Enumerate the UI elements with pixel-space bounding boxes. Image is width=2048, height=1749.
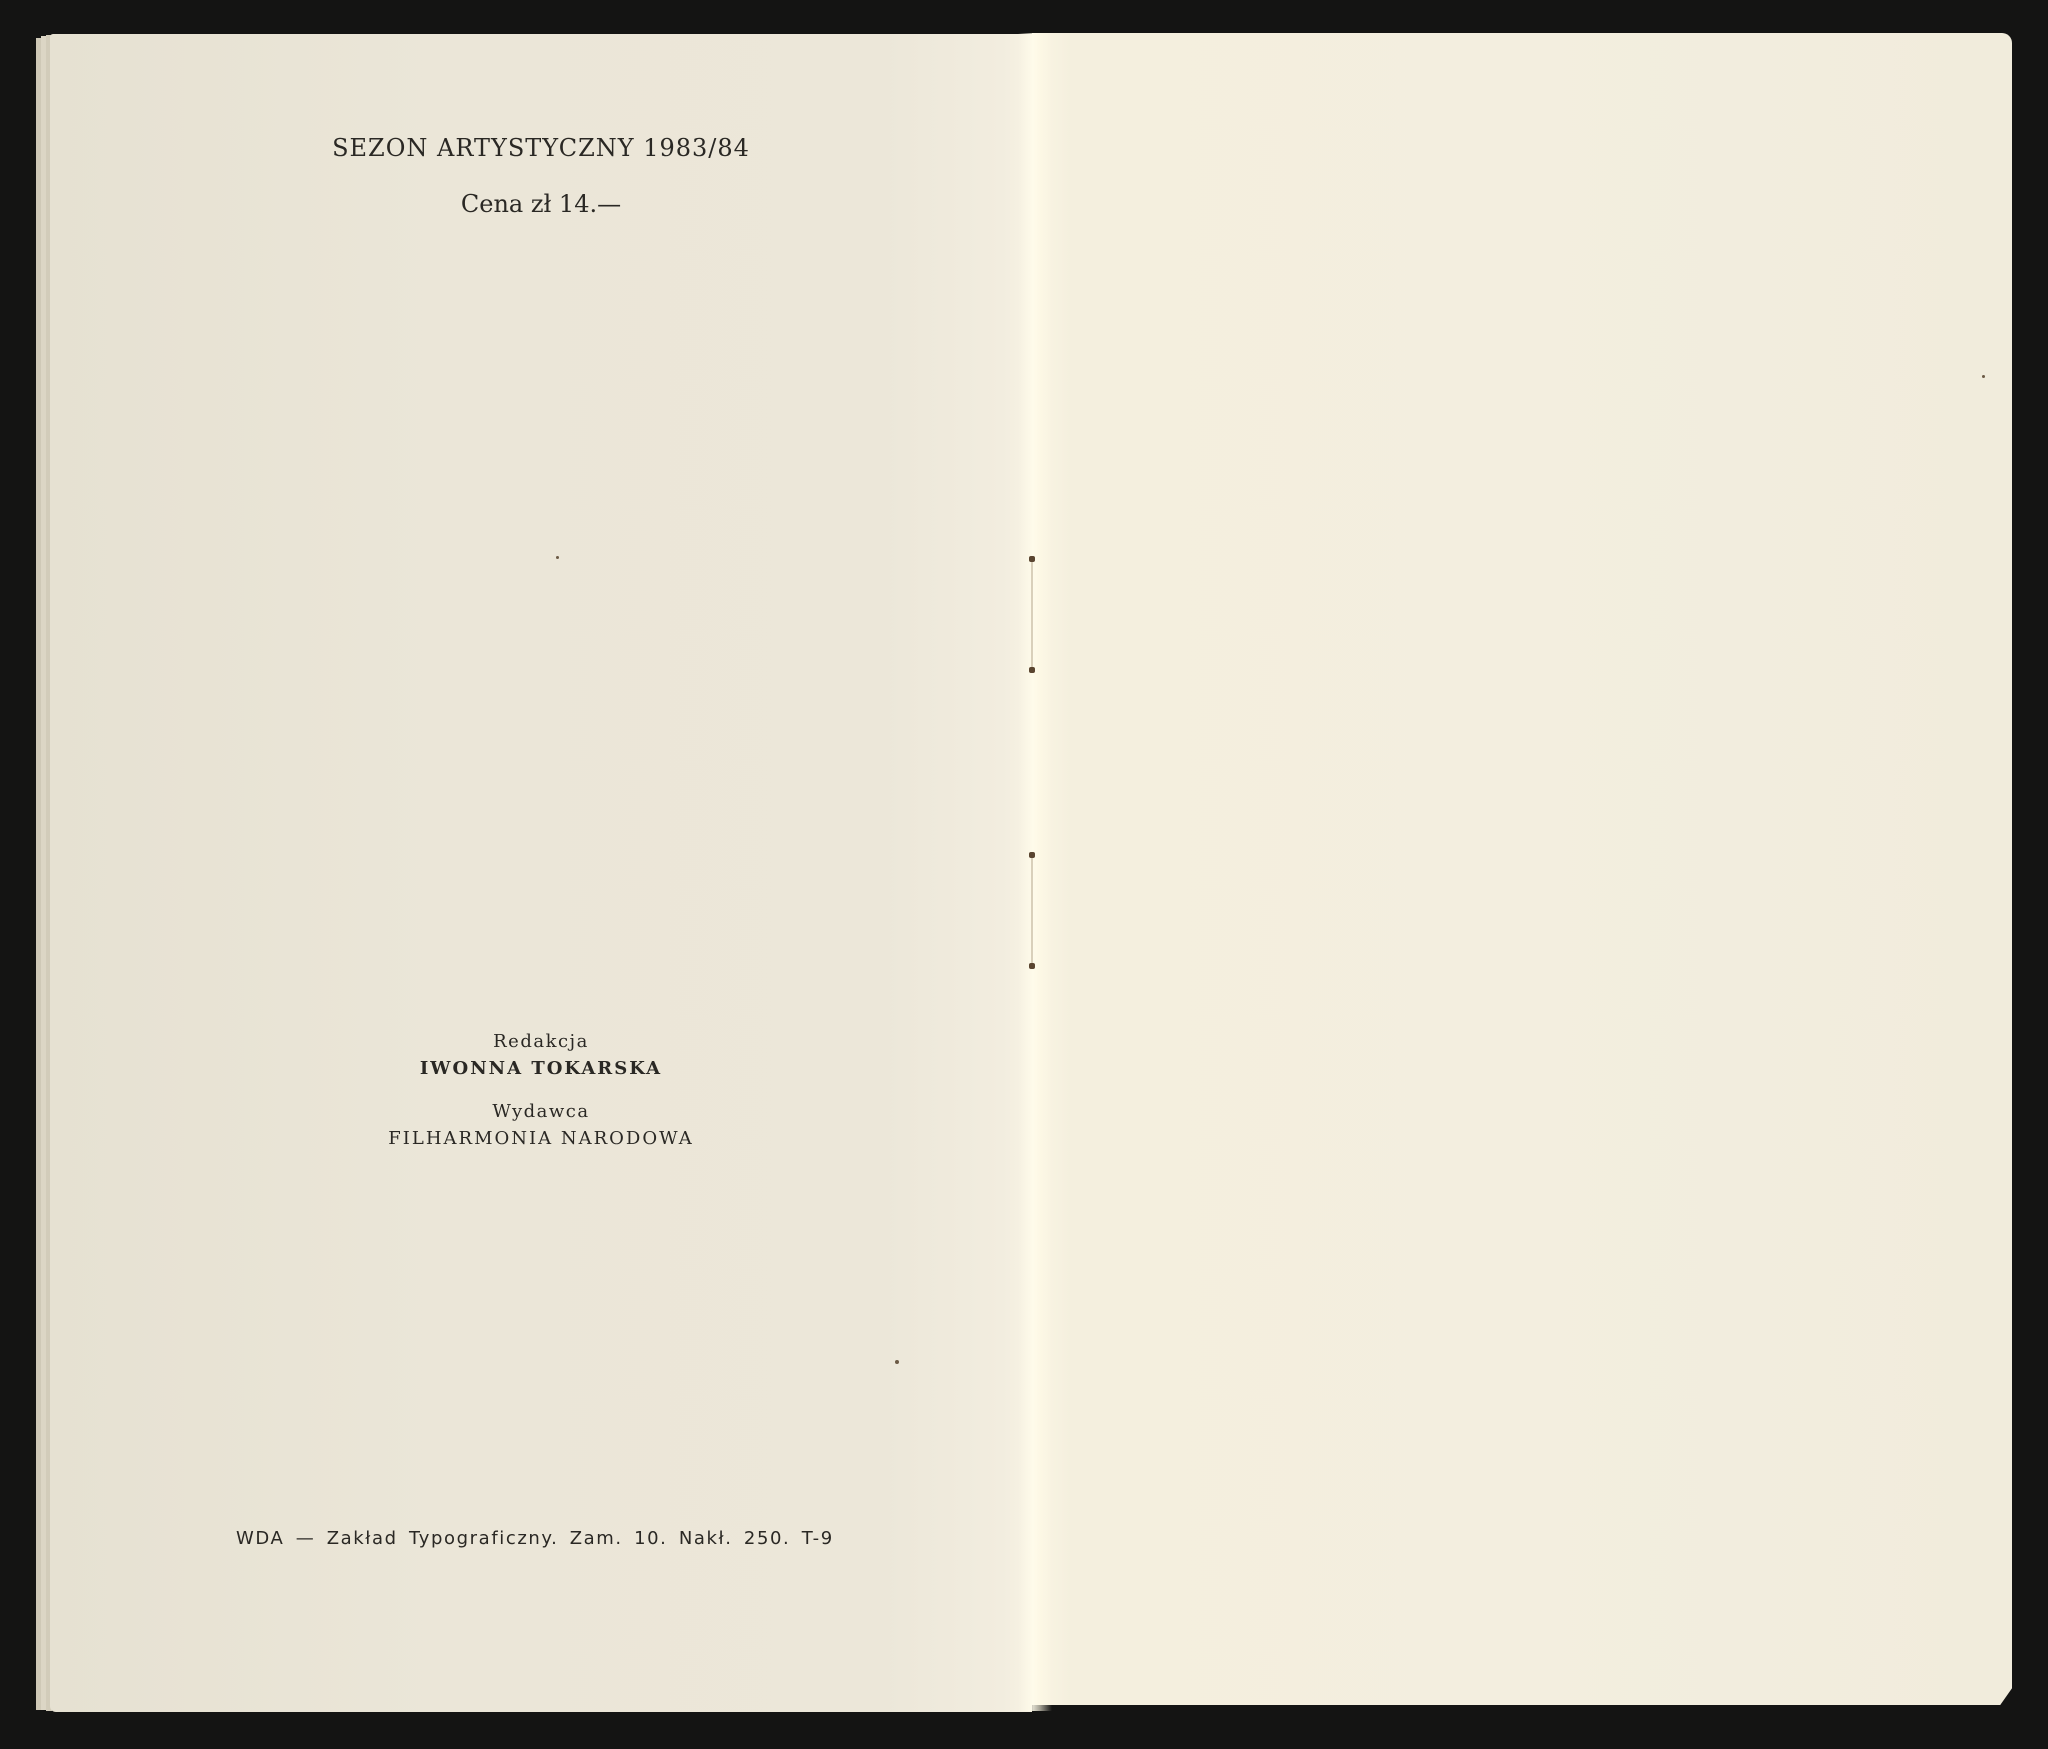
price-label: Cena zł 14.— <box>50 190 1032 218</box>
left-page <box>50 34 1032 1712</box>
paper-speck <box>895 1360 899 1364</box>
season-title: SEZON ARTYSTYCZNY 1983/84 <box>50 134 1032 162</box>
staple-icon <box>1029 667 1035 673</box>
credit-role: Redakcja <box>50 1028 1032 1055</box>
credits-block: Redakcja IWONNA TOKARSKA Wydawca FILHARM… <box>50 1028 1032 1152</box>
printer-imprint: WDA — Zakład Typograficzny. Zam. 10. Nak… <box>236 1528 834 1549</box>
booklet-spread: SEZON ARTYSTYCZNY 1983/84 Cena zł 14.— R… <box>0 0 2048 1749</box>
credit-name: FILHARMONIA NARODOWA <box>50 1125 1032 1152</box>
paper-speck <box>1982 375 1985 378</box>
spine-crease <box>1018 33 1052 1711</box>
staple-icon <box>1029 852 1035 858</box>
staple-icon <box>1029 556 1035 562</box>
spine-fold <box>1031 560 1033 670</box>
staple-icon <box>1029 963 1035 969</box>
right-page <box>1032 33 2012 1705</box>
paper-speck <box>556 556 559 559</box>
spine-fold <box>1031 855 1033 965</box>
credit-name: IWONNA TOKARSKA <box>50 1055 1032 1082</box>
credit-role: Wydawca <box>50 1098 1032 1125</box>
